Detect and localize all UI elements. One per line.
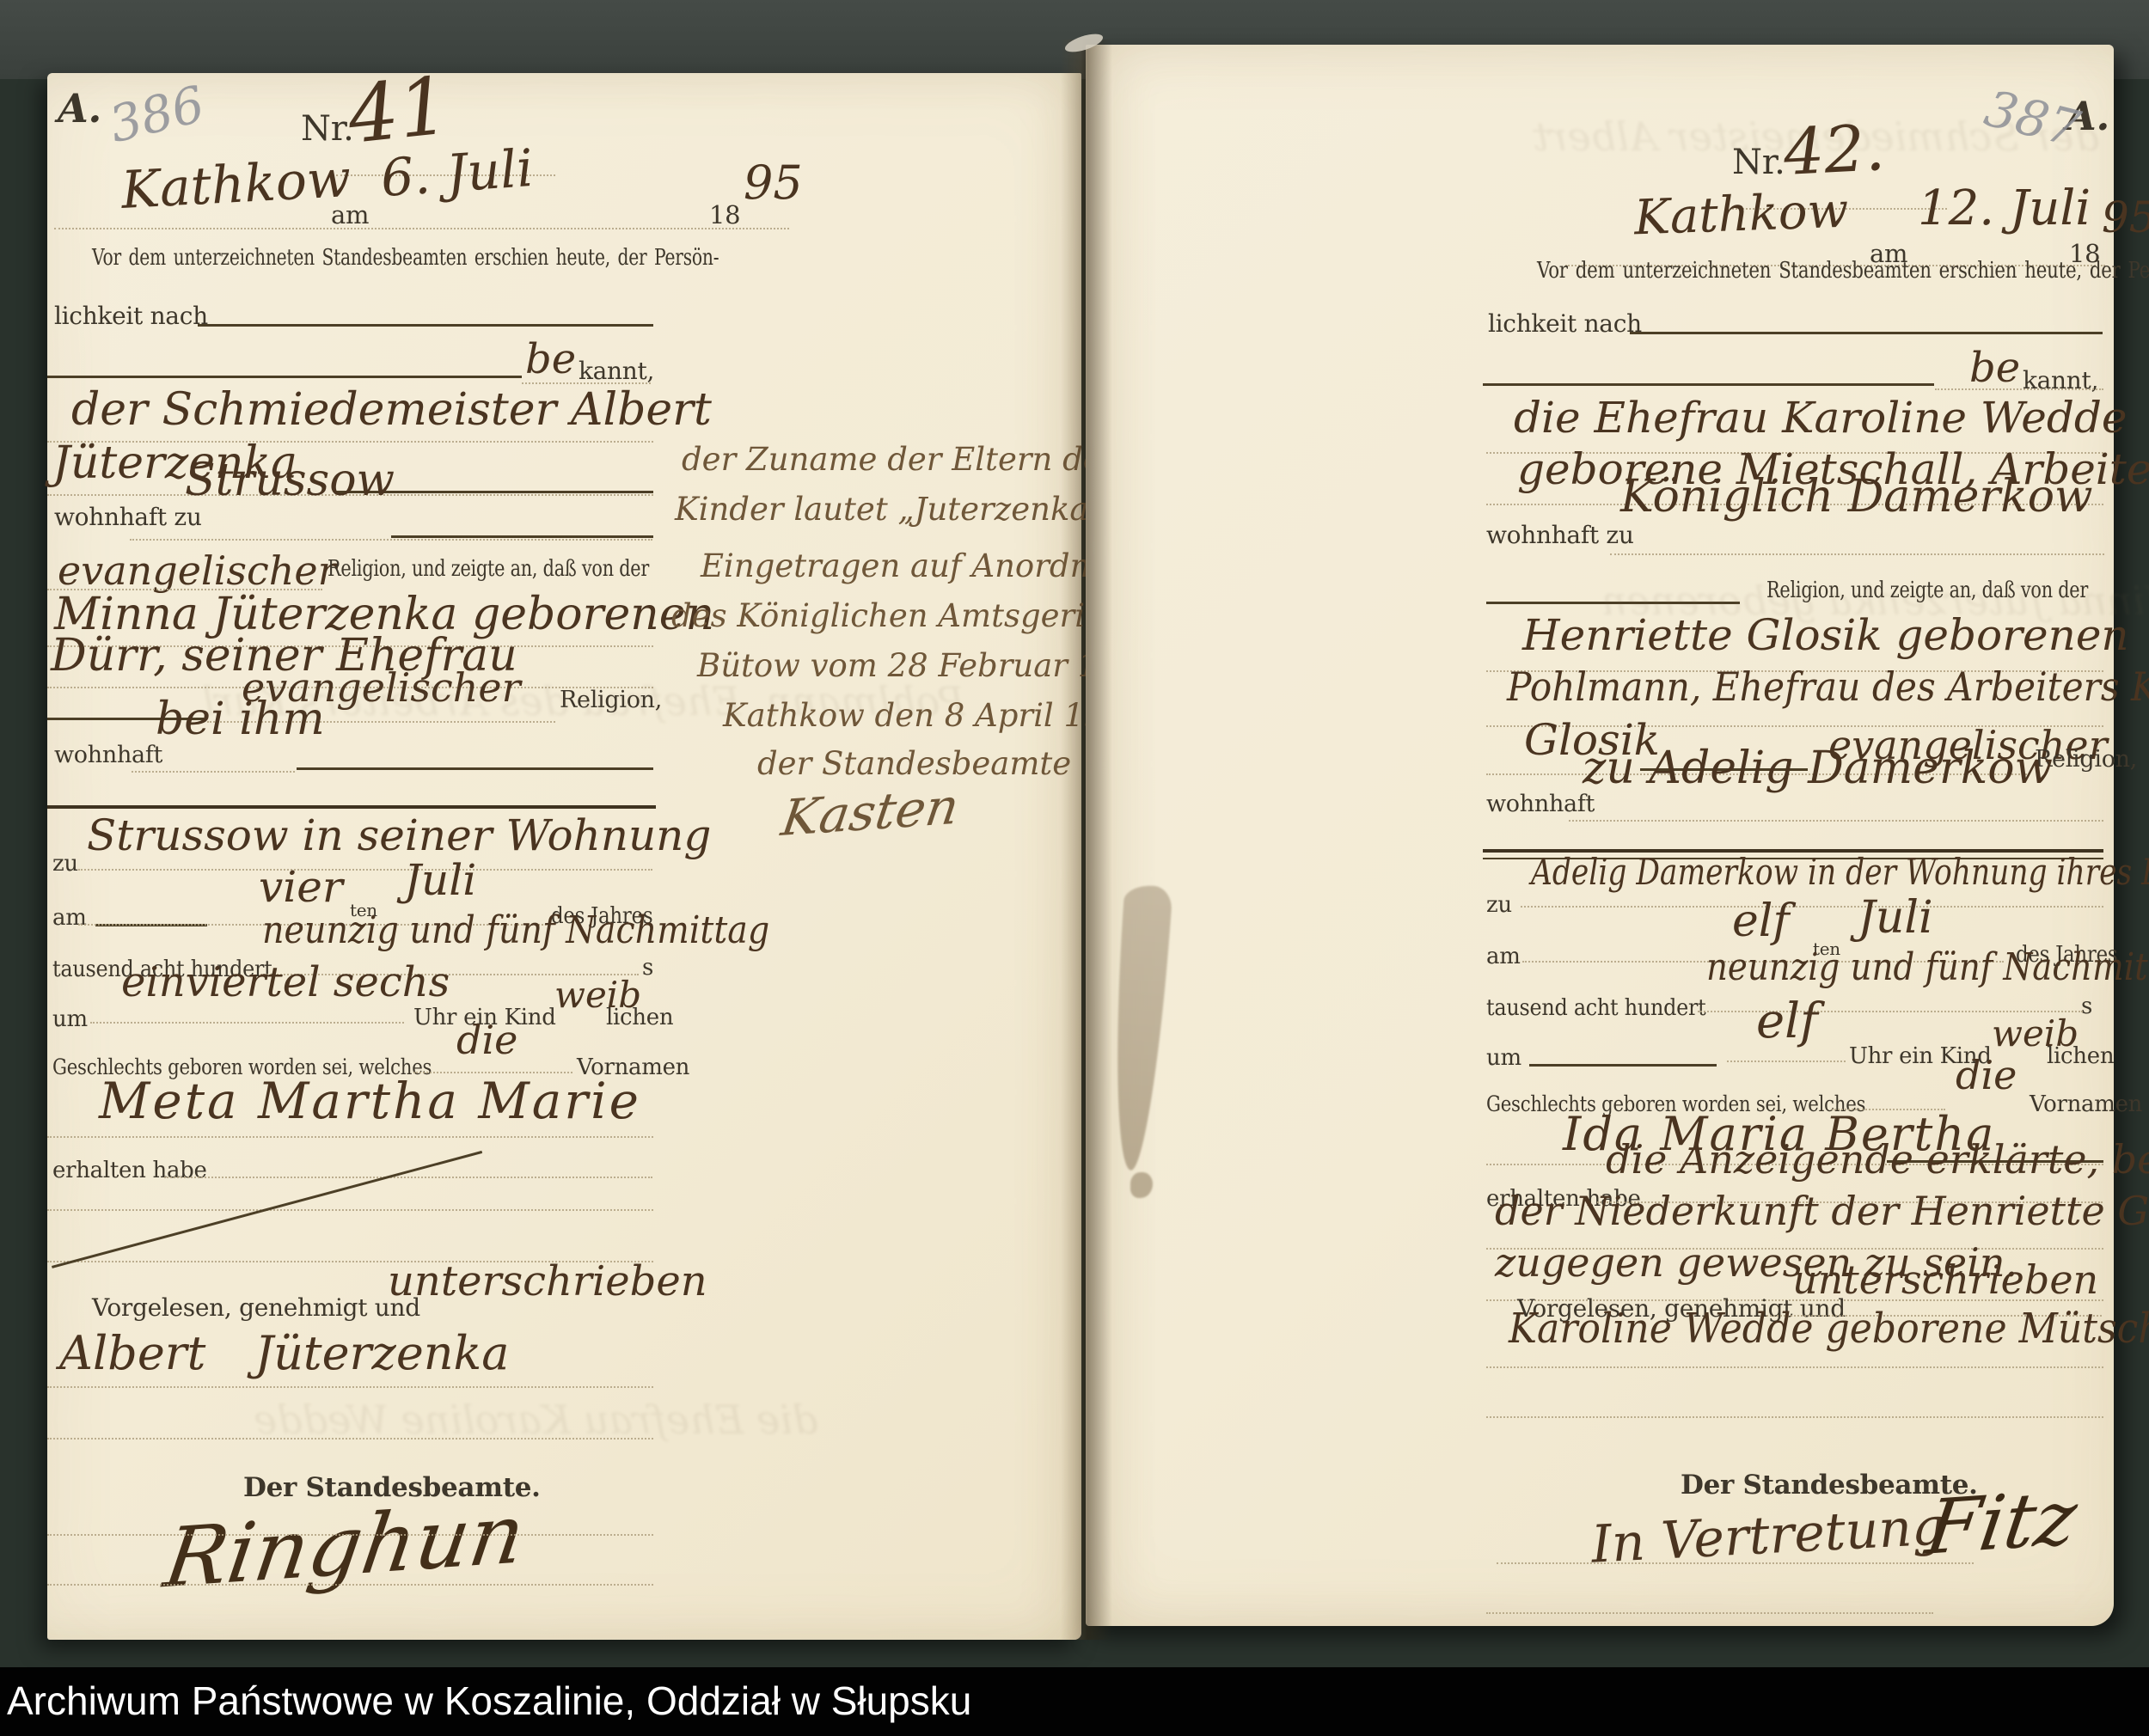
dotted-rule [54, 228, 789, 229]
ink-stain [1105, 883, 1172, 1171]
dotted-rule [1521, 906, 2103, 908]
lichen-label: lichen [606, 1005, 673, 1030]
wohnhaft-zu-label: wohnhaft zu [54, 503, 202, 531]
dotted-rule [1486, 1612, 1933, 1614]
registrar-signature: Fitz [1921, 1473, 2083, 1572]
lichen-label: lichen [2047, 1043, 2114, 1069]
s-suffix: s [2081, 993, 2092, 1019]
bleedthrough-text: der Schmiedemeister Albert [1533, 113, 2099, 160]
archive-watermark-text: Archiwum Państwowe w Koszalinie, Oddział… [7, 1678, 971, 1724]
birth-place: Strussow in seiner Wohnung [87, 810, 711, 860]
dotted-rule [47, 1584, 653, 1586]
um-label: um [52, 1006, 88, 1032]
record-place: Kathkow [119, 149, 352, 221]
intro-line1: Vor dem unterzeichneten Standesbeamten e… [1537, 258, 2149, 284]
dotted-rule [47, 1209, 653, 1211]
registry-page-right: A. 387 Nr. 42. Kathkow am 12. Juli 18 95… [1086, 45, 2114, 1626]
um-label: um [1486, 1045, 1521, 1071]
bleedthrough-text: die Ehefrau Karoline Wedde [254, 1397, 817, 1443]
child-names: Meta Martha Marie [99, 1072, 641, 1130]
mother-line2: Pohlmann, Ehefrau des Arbeiters Karl [1507, 663, 2149, 710]
statement-line1: die Anzeigende erklärte, bei [1606, 1136, 2149, 1183]
year-hand: 95 [744, 156, 803, 210]
bekannt-prefix-hand: be [525, 335, 576, 383]
dotted-rule [1935, 388, 2103, 390]
ink-stain-droplet [1130, 1172, 1153, 1198]
margin-note-signature: Kasten [778, 777, 963, 847]
bleedthrough-text: Pohlmann, Ehefrau des Arbeiters Karl [202, 678, 965, 724]
unterschrieben-hand: unterschrieben [1792, 1256, 2098, 1303]
dotted-rule [1727, 1061, 1846, 1062]
bekannt-label: kannt, [579, 357, 654, 385]
blank-rule [1630, 332, 2103, 334]
blank-rule [297, 767, 653, 770]
dotted-rule [1486, 1366, 2103, 1368]
birth-month: Juli [404, 855, 476, 905]
intro-line2: lichkeit nach [1488, 309, 1642, 338]
registrar-signature: Ringhun [158, 1486, 530, 1606]
birth-month: Juli [1858, 892, 1933, 944]
margin-note-line: der Standesbeamte [757, 745, 1071, 782]
s-suffix: s [642, 955, 653, 981]
die-hand: die [1956, 1052, 2017, 1098]
dotted-rule [130, 539, 652, 541]
wohnhaft-label: wohnhaft [1486, 791, 1595, 817]
vorgelesen-label: Vorgelesen, genehmigt und [92, 1293, 420, 1322]
birth-day: elf [1732, 896, 1790, 947]
record-date: 12. Juli [1918, 180, 2091, 236]
am-label: am [331, 200, 369, 229]
archive-watermark-bar: Archiwum Państwowe w Koszalinie, Oddział… [0, 1667, 2149, 1736]
form-letter-a: A. [58, 85, 101, 131]
dotted-rule [1610, 553, 2104, 555]
unterschrieben-hand: unterschrieben [388, 1257, 707, 1305]
bleedthrough-text: Minna Jüterzenka geborenen [1601, 578, 2149, 624]
archive-scan: A. 386 Nr. 41 Kathkow am 6. Juli 18 95 V… [0, 0, 2149, 1736]
dotted-rule [132, 771, 295, 773]
record-place: Kathkow [1633, 183, 1849, 247]
archive-folio-number-pencil: 386 [103, 75, 210, 155]
intro-line1: Vor dem unterzeichneten Standesbeamten e… [92, 245, 719, 271]
bekannt-label: kannt, [2023, 366, 2098, 394]
nr-label: Nr. [301, 109, 354, 149]
tausend-label: tausend acht hundert [1486, 995, 1706, 1021]
wohnhaft-label: wohnhaft [54, 742, 162, 768]
birth-time: elf [1756, 993, 1818, 1049]
dotted-rule [47, 1136, 653, 1138]
declarant-signature: Karoline Wedde geborene Mütschall [1509, 1305, 2149, 1353]
dotted-rule [1497, 1562, 1974, 1564]
declarant-line1: der Schmiedemeister Albert [71, 384, 712, 436]
record-date: 6. Juli [379, 138, 536, 209]
dotted-rule [78, 869, 652, 871]
dotted-rule [1569, 820, 2103, 822]
registry-page-left: A. 386 Nr. 41 Kathkow am 6. Juli 18 95 V… [47, 73, 1081, 1640]
blank-rule [47, 376, 522, 378]
birth-time: einviertel sechs [121, 958, 450, 1006]
birth-year-words: neunzig und fünf Nachmittag [1706, 945, 2149, 989]
margin-note-line: des Königlichen Amtsgerichts [671, 597, 1152, 634]
birth-year-words: neunzig und fünf Nachmittag [262, 908, 769, 952]
bekannt-prefix-hand: be [1969, 344, 2020, 392]
zu-label: zu [52, 851, 78, 877]
dotted-rule [47, 1534, 653, 1536]
die-hand: die [456, 1017, 517, 1063]
declarant-religion: evangelischer [58, 547, 337, 594]
declarant-residence: Königlich Damerkow [1620, 471, 2093, 523]
dotted-rule [1486, 1416, 2103, 1418]
vornamen-label: Vornamen [2030, 1091, 2142, 1117]
statement-line2: der Niederkunft der Henriette Glosik [1495, 1188, 2149, 1234]
dotted-rule [47, 1386, 653, 1388]
am2-label: am [1486, 944, 1521, 969]
dotted-rule [164, 1177, 652, 1178]
birth-place: Adelig Damerkow in der Wohnung ihres Ehe… [1531, 851, 2149, 893]
religion-zeigte-label: Religion, und zeigte an, daß von der [328, 556, 649, 582]
margin-note-line: Eingetragen auf Anordnung [701, 547, 1152, 584]
erhalten-habe-label: erhalten habe [52, 1158, 207, 1183]
birth-day: vier [259, 862, 343, 912]
margin-note-line: Kinder lautet „Juterzenka“. [675, 491, 1115, 528]
declarant-residence: Strussow [185, 455, 395, 506]
zu-label: zu [1486, 892, 1512, 918]
margin-note-line: der Zuname der Eltern der [682, 441, 1117, 478]
am2-label: am [52, 905, 87, 931]
year-century-print: 18 [709, 200, 740, 229]
intro-line2: lichkeit nach [54, 302, 208, 330]
dotted-rule [90, 1022, 404, 1024]
declarant-signature: Albert Jüterzenka [59, 1326, 509, 1380]
blank-rule [391, 535, 653, 538]
blank-rule [1529, 1064, 1717, 1067]
wohnhaft-zu-label: wohnhaft zu [1486, 521, 1634, 549]
blank-rule [198, 324, 653, 327]
year-hand: 95 [2102, 193, 2149, 242]
section-rule [47, 805, 656, 809]
blank-rule [1483, 383, 1934, 386]
mother-residence: zu Adelig Damerkow [1583, 743, 2053, 794]
declarant-line1: die Ehefrau Karoline Wedde [1514, 393, 2127, 443]
